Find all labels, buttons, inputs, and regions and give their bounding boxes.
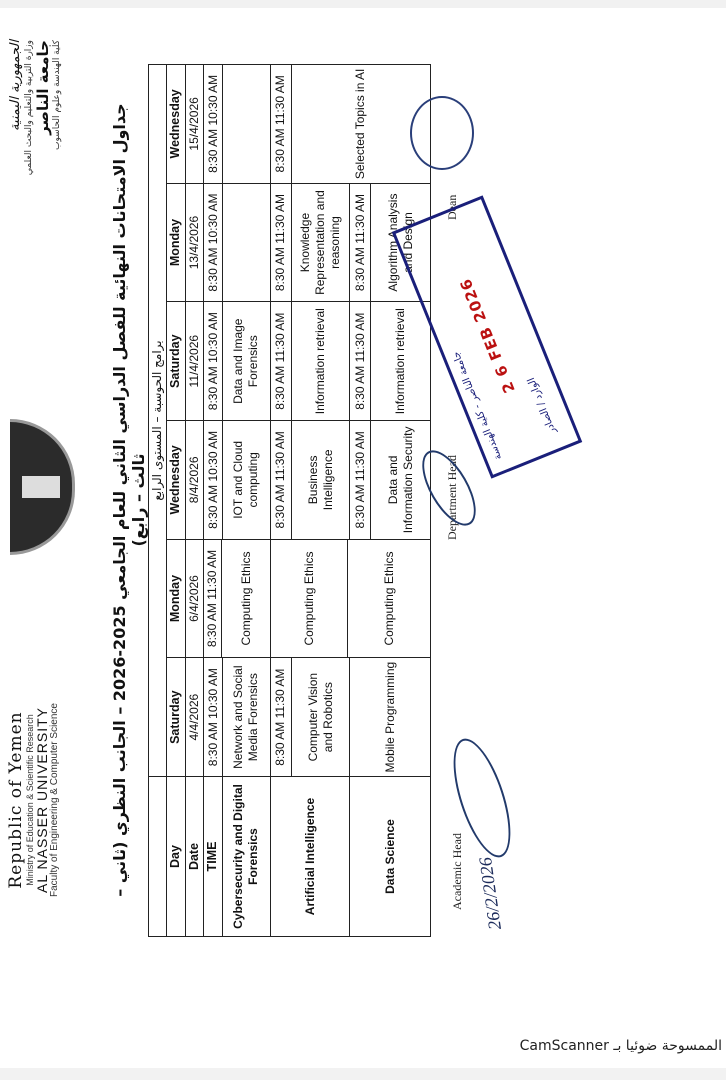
stamp-line-bottom: الوارد / الصادر bbox=[526, 376, 559, 435]
handwritten-date: 26/2/2026 bbox=[475, 856, 506, 931]
day-row: Day Saturday Monday Wednesday Saturday M… bbox=[167, 65, 186, 937]
program-name: Cybersecurity and Digital Forensics bbox=[222, 777, 270, 937]
header-arabic: الجمهورية اليمنية وزارة التربية والتعليم… bbox=[8, 40, 63, 240]
time-cell: 8:30 AM 10:30 AM bbox=[204, 658, 223, 777]
scanner-footer: الممسوحة ضوئيا بـ CamScanner bbox=[0, 1020, 726, 1080]
header-english: Republic of Yemen Ministry of Education … bbox=[8, 670, 60, 930]
header-university: AL NASSER UNIVERSITY bbox=[35, 670, 50, 930]
header-ar-ministry: وزارة التربية والتعليم والبحث العلمي bbox=[24, 40, 35, 240]
time-cell: 8:30 AM 10:30 AM bbox=[204, 183, 223, 302]
header-ar-country: الجمهورية اليمنية bbox=[8, 40, 24, 240]
course-cell: Business Intelligence bbox=[291, 421, 350, 540]
university-logo-icon bbox=[10, 419, 75, 555]
top-band bbox=[0, 0, 726, 8]
course-cell: Computing Ethics bbox=[271, 540, 348, 658]
header-country: Republic of Yemen bbox=[8, 670, 26, 930]
program-name: Data Science bbox=[350, 777, 431, 937]
date-cell: 15/4/2026 bbox=[185, 65, 204, 184]
time-cell: 8:30 AM 11:30 AM bbox=[270, 658, 291, 777]
date-row: Date 4/4/2026 6/4/2026 8/4/2026 11/4/202… bbox=[185, 65, 204, 937]
course-cell: Computer Vision and Robotics bbox=[291, 658, 350, 777]
dean-signature-icon bbox=[410, 96, 474, 170]
ai-time-row: Artificial Intelligence 8:30 AM 11:30 AM… bbox=[270, 65, 291, 937]
date-cell: 13/4/2026 bbox=[185, 183, 204, 302]
time-cell: 8:30 AM 11:30 AM bbox=[204, 540, 222, 658]
group-header-row: برامج الحوسبة – المستوى الرابع bbox=[149, 65, 167, 937]
monday-merged-column: 8:30 AM 11:30 AM Computing Ethics Comput… bbox=[204, 539, 431, 658]
exam-schedule-table: برامج الحوسبة – المستوى الرابع Day Satur… bbox=[148, 64, 431, 937]
course-cell: Network and Social Media Forensics bbox=[222, 658, 270, 777]
time-cell: 8:30 AM 11:30 AM bbox=[350, 421, 371, 540]
day-cell: Wednesday bbox=[167, 65, 186, 184]
row-label-date: Date bbox=[185, 777, 204, 937]
time-cell: 8:30 AM 10:30 AM bbox=[204, 302, 223, 421]
course-cell: Computing Ethics bbox=[348, 540, 430, 658]
header-ar-university: جامعة الناصر bbox=[34, 40, 52, 240]
course-cell: Information retrieval bbox=[371, 302, 431, 421]
time-cell: 8:30 AM 11:30 AM bbox=[270, 183, 291, 302]
date-cell: 8/4/2026 bbox=[185, 421, 204, 540]
date-cell: 4/4/2026 bbox=[185, 658, 204, 777]
footer-bar bbox=[0, 1068, 726, 1080]
time-cell: 8:30 AM 11:30 AM bbox=[350, 183, 371, 302]
header-ar-faculty: كلية الهندسة وعلوم الحاسوب bbox=[52, 40, 63, 240]
row-label-time: TIME bbox=[204, 777, 223, 937]
time-cell: 8:30 AM 11:30 AM bbox=[270, 421, 291, 540]
time-cell: 8:30 AM 11:30 AM bbox=[270, 65, 291, 184]
course-cell: Computing Ethics bbox=[222, 540, 271, 658]
course-cell bbox=[222, 183, 270, 302]
course-cell: Mobile Programming bbox=[350, 658, 431, 777]
day-cell: Wednesday bbox=[167, 421, 186, 540]
course-cell bbox=[222, 65, 270, 184]
day-cell: Saturday bbox=[167, 658, 186, 777]
page-title: جداول الامتحانات النهائية للفصل الدراسي … bbox=[110, 90, 148, 910]
group-header: برامج الحوسبة – المستوى الرابع bbox=[149, 65, 167, 777]
course-cell: Knowledge Representation and reasoning bbox=[291, 183, 350, 302]
course-cell: Data and Information Security bbox=[371, 421, 431, 540]
header-faculty: Faculty of Engineering & Computer Scienc… bbox=[50, 670, 61, 930]
day-cell: Saturday bbox=[167, 302, 186, 421]
rotated-document-page: Republic of Yemen Ministry of Education … bbox=[0, 10, 726, 1010]
camscanner-watermark: الممسوحة ضوئيا بـ CamScanner bbox=[520, 1038, 722, 1054]
program-name: Artificial Intelligence bbox=[270, 777, 350, 937]
course-cell: IOT and Cloud computing bbox=[222, 421, 270, 540]
row-label-day: Day bbox=[167, 777, 186, 937]
time-cell: 8:30 AM 10:30 AM bbox=[204, 65, 223, 184]
logo-emblem bbox=[22, 476, 60, 498]
course-cell: Data and Image Forensics bbox=[222, 302, 270, 421]
time-row: TIME 8:30 AM 10:30 AM 8:30 AM 11:30 AM C… bbox=[204, 65, 223, 937]
date-cell: 6/4/2026 bbox=[185, 539, 204, 658]
program-row-cybersecurity: Cybersecurity and Digital Forensics Netw… bbox=[222, 65, 270, 937]
course-cell: Information retrieval bbox=[291, 302, 350, 421]
time-cell: 8:30 AM 11:30 AM bbox=[350, 302, 371, 421]
day-cell: Monday bbox=[167, 183, 186, 302]
academic-head-label: Academic Head bbox=[450, 833, 465, 910]
time-cell: 8:30 AM 11:30 AM bbox=[270, 302, 291, 421]
day-cell: Monday bbox=[167, 539, 186, 658]
date-cell: 11/4/2026 bbox=[185, 302, 204, 421]
time-cell: 8:30 AM 10:30 AM bbox=[204, 421, 223, 540]
ds-time-row: Data Science Mobile Programming 8:30 AM … bbox=[350, 65, 371, 937]
